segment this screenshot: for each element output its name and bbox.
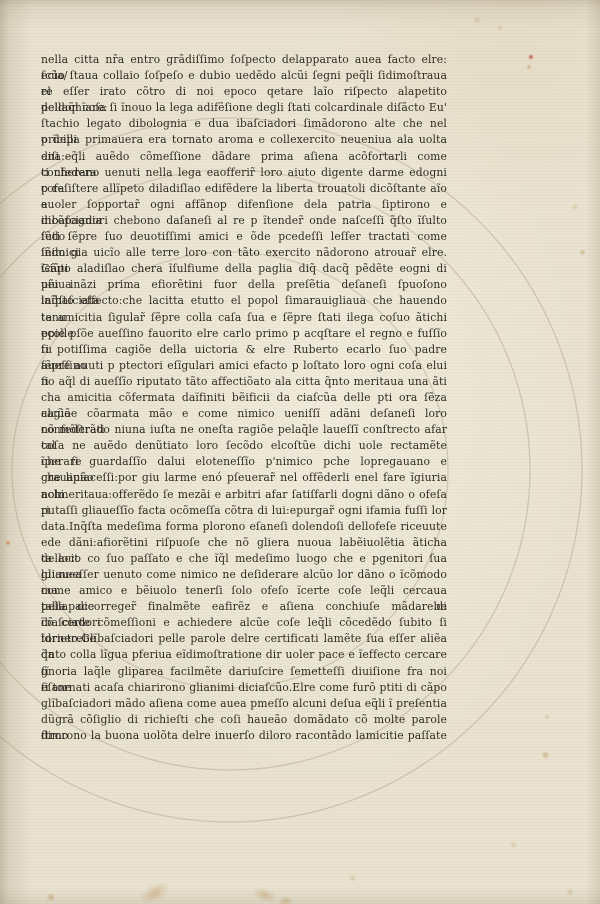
text-line: ena:eq̃li auẽdo cõmeſſione dãdare prima … (41, 149, 447, 165)
text-line: ppie pſõe aueſſino fauorito elre carlo p… (41, 326, 447, 342)
foxing-spot (571, 203, 579, 211)
text-line: putaſſi gliaueſſĩo facta ocõmeſſa cõtra … (41, 503, 447, 519)
foxing-spot (526, 64, 532, 70)
text-line: ſẽpre auuti p ptectori eſĩgulari amici e… (41, 358, 447, 374)
foxing-smear (250, 884, 279, 904)
foxing-spot (566, 888, 574, 896)
text-line: ſi tornati acaſa chiarirono glianimi dic… (41, 680, 447, 696)
text-line: inq̃ſto effecto:che lacitta etutto el po… (41, 293, 447, 309)
text-line: ſtrorono la buona uolõta delre inuerſo d… (41, 728, 447, 744)
foxing-spot (544, 714, 550, 720)
text-line: coſa ne auẽdo denũtiato loro ſecõdo elco… (41, 438, 447, 454)
book-page: nella citta nr̃a entro grãdiſſimo ſoſpec… (0, 0, 600, 904)
text-line: che lipiaceſſi:por giu larme enó pſeuera… (41, 470, 447, 486)
text-line: piu inãzi prima efiorẽtini fuor della pr… (41, 277, 447, 293)
text-line: auoler ſopportar̃ ogni affãnop difenſion… (41, 197, 447, 213)
text-line: dibaſciadori chebono daſaneſi al re p ĩt… (41, 213, 447, 229)
text-line: q̃nto colla lĩgua pferiua eĩdimoſtration… (41, 647, 447, 663)
text-line: cha amicitia cõfermata daĩfiniti bẽifici… (41, 390, 447, 406)
text-line: o della primauera era tornato aroma e co… (41, 132, 447, 148)
foxing-spot (579, 249, 586, 256)
text-line: dũgrã cõſiglio di richieſti che coſi hau… (41, 712, 447, 728)
text-line: gnoria laq̃le gliparea facilmẽte dariuſc… (41, 664, 447, 680)
text-line: come amico e bẽiuolo tenerſi ſolo ofeſo … (41, 583, 447, 599)
text-line: che ſi guardaſſĩo dalui eloteneſſĩo p'ni… (41, 454, 447, 470)
text-line: no aq̃l di aueſſĩo riputato tãto affecti… (41, 374, 447, 390)
foxing-smear (278, 896, 294, 904)
text-line: ti cherano uenuti nella lega eaofferir̃ … (41, 165, 447, 181)
text-line: ta loco co ſuo paſſato e che ĩq̃l medeſi… (41, 551, 447, 567)
text-line: data.Inq̃ſta medeſima forma plorono eſan… (41, 519, 447, 535)
text-line: nolmeritaua:offerẽdo ſe mezãi e arbitri … (41, 487, 447, 503)
text-line: pellaq̃l coſa ſi ĩnouo la lega adifẽſion… (41, 100, 447, 116)
text-line: lui:neeſſer uenuto come nimico ne deſide… (41, 567, 447, 583)
text-line: ĩcãpo aladiſlao chera ĩſulfiume della pa… (41, 261, 447, 277)
text-line: ſcũo ſtaua collaio ſoſpeſo e dubio uedẽd… (41, 68, 447, 84)
text-line: ede dãni:afiorẽtini riſpuoſe che nõ glie… (41, 535, 447, 551)
text-line: cagiõe cõarmata mão e come nimico ueniſſ… (41, 406, 447, 422)
text-line: ſẽdo gia uicĩo alle terre loro con tãto … (41, 245, 447, 261)
text-line: p reſiſtere allĩpeto diladiſlao edifẽder… (41, 181, 447, 197)
ink-speck (528, 54, 534, 60)
foxing-spot (496, 25, 504, 31)
foxing-spot (472, 16, 482, 24)
text-line: ſuti ſẽpre ſuo deuotiſſimi amici e õde p… (41, 229, 447, 245)
text-line: ĩdrieto.Glĩbaſciadori pelle parole delre… (41, 631, 447, 647)
text-line: cõ certe cõmeſſioni e achiedere alcũe co… (41, 615, 447, 631)
foxing-spot (541, 751, 550, 759)
foxing-spot (5, 540, 11, 546)
text-line: nella citta nr̃a entro grãdiſſimo ſoſpec… (41, 52, 447, 68)
text-line: ta amicitia ſigular̃ ſẽpre colla caſa ſu… (41, 310, 447, 326)
foxing-smear (136, 877, 174, 904)
foxing-spot (348, 874, 357, 882)
text-line: nõ mõſtrãdo niuna iuſta ne oneſta ragiõe… (41, 422, 447, 438)
text-line: re eſſer irato cõtro di noi epoco qetare… (41, 84, 447, 100)
text-line: glĩbaſciadori mãdo aſiena come auea pmeſ… (41, 696, 447, 712)
text-line: talia dicorreger̃ finalmẽte eafirẽz e aſ… (41, 599, 447, 615)
text-line: ti potiſſima cagiõe della uictoria & elr… (41, 342, 447, 358)
foxing-spot (46, 893, 56, 902)
text-block: nella citta nr̃a entro grãdiſſimo ſoſpec… (41, 52, 447, 744)
text-line: ſtachio legato dibolognia e dua ibaſciad… (41, 116, 447, 132)
foxing-spot (509, 841, 518, 849)
